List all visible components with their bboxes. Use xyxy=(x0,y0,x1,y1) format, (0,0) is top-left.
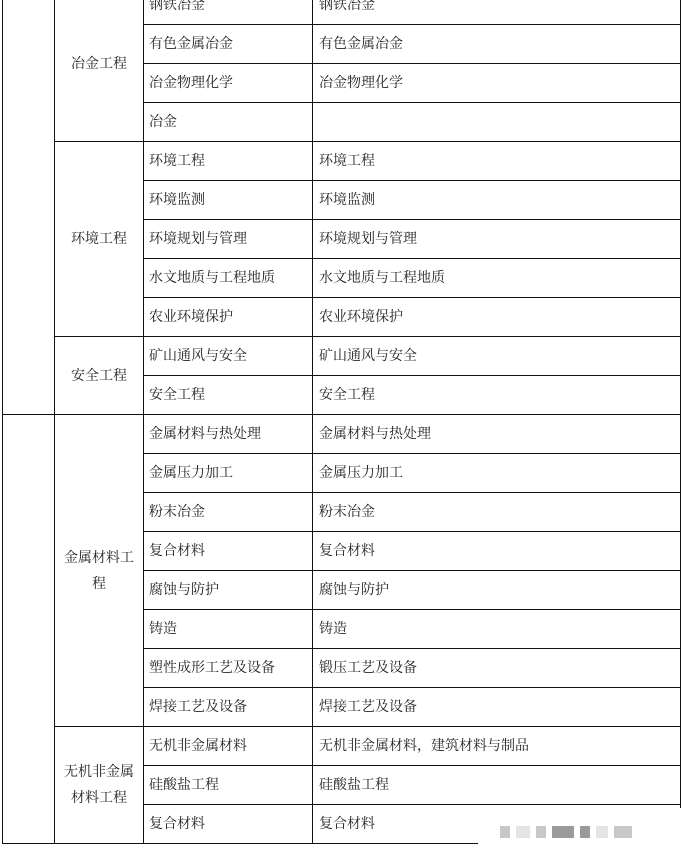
watermark-overlay xyxy=(478,808,681,856)
former-major-cell: 环境工程 xyxy=(313,142,681,181)
category-cell: 无机非金属材料工程 xyxy=(55,727,144,844)
former-major-cell: 冶金物理化学 xyxy=(313,64,681,103)
former-major-cell xyxy=(313,103,681,142)
category-cell: 冶金工程 xyxy=(55,0,144,142)
table-row: 冶金工程 钢铁冶金 钢铁冶金 xyxy=(3,0,681,25)
former-major-cell: 锻压工艺及设备 xyxy=(313,649,681,688)
majors-table-container: 冶金工程 钢铁冶金 钢铁冶金 有色金属冶金 有色金属冶金 冶金物理化学 冶金物理… xyxy=(0,0,681,844)
former-major-cell: 金属材料与热处理 xyxy=(313,415,681,454)
former-major-cell: 粉末冶金 xyxy=(313,493,681,532)
former-major-cell: 水文地质与工程地质 xyxy=(313,259,681,298)
watermark-block xyxy=(516,826,530,838)
former-major-cell: 铸造 xyxy=(313,610,681,649)
major-cell: 复合材料 xyxy=(144,805,313,844)
category-cell: 金属材料工程 xyxy=(55,415,144,727)
former-major-cell: 矿山通风与安全 xyxy=(313,337,681,376)
major-cell: 冶金 xyxy=(144,103,313,142)
major-cell: 金属材料与热处理 xyxy=(144,415,313,454)
former-major-cell: 复合材料 xyxy=(313,532,681,571)
former-major-cell: 钢铁冶金 xyxy=(313,0,681,25)
major-cell: 环境工程 xyxy=(144,142,313,181)
former-major-cell: 金属压力加工 xyxy=(313,454,681,493)
table-row: 金属材料工程 金属材料与热处理 金属材料与热处理 xyxy=(3,415,681,454)
watermark-block xyxy=(580,826,590,838)
major-cell: 腐蚀与防护 xyxy=(144,571,313,610)
table-row: 无机非金属材料工程 无机非金属材料 无机非金属材料，建筑材料与制品 xyxy=(3,727,681,766)
major-cell: 铸造 xyxy=(144,610,313,649)
former-major-cell: 焊接工艺及设备 xyxy=(313,688,681,727)
former-major-cell: 安全工程 xyxy=(313,376,681,415)
former-major-cell: 环境规划与管理 xyxy=(313,220,681,259)
majors-table-body: 冶金工程 钢铁冶金 钢铁冶金 有色金属冶金 有色金属冶金 冶金物理化学 冶金物理… xyxy=(3,0,681,844)
former-major-cell: 环境监测 xyxy=(313,181,681,220)
major-cell: 塑性成形工艺及设备 xyxy=(144,649,313,688)
category-label: 安全工程 xyxy=(59,363,139,389)
watermark-block xyxy=(536,826,546,838)
major-cell: 矿山通风与安全 xyxy=(144,337,313,376)
category-label: 环境工程 xyxy=(59,226,139,252)
major-cell: 有色金属冶金 xyxy=(144,25,313,64)
major-cell: 焊接工艺及设备 xyxy=(144,688,313,727)
major-cell: 环境规划与管理 xyxy=(144,220,313,259)
former-major-cell: 腐蚀与防护 xyxy=(313,571,681,610)
group-cell xyxy=(3,415,55,844)
former-major-cell: 无机非金属材料，建筑材料与制品 xyxy=(313,727,681,766)
major-cell: 农业环境保护 xyxy=(144,298,313,337)
majors-table: 冶金工程 钢铁冶金 钢铁冶金 有色金属冶金 有色金属冶金 冶金物理化学 冶金物理… xyxy=(2,0,681,844)
table-row: 安全工程 矿山通风与安全 矿山通风与安全 xyxy=(3,337,681,376)
major-cell: 钢铁冶金 xyxy=(144,0,313,25)
watermark-block xyxy=(552,826,574,838)
category-cell: 环境工程 xyxy=(55,142,144,337)
major-cell: 无机非金属材料 xyxy=(144,727,313,766)
major-cell: 冶金物理化学 xyxy=(144,64,313,103)
major-cell: 金属压力加工 xyxy=(144,454,313,493)
major-cell: 环境监测 xyxy=(144,181,313,220)
major-cell: 安全工程 xyxy=(144,376,313,415)
former-major-cell: 农业环境保护 xyxy=(313,298,681,337)
major-cell: 粉末冶金 xyxy=(144,493,313,532)
category-label: 冶金工程 xyxy=(59,51,139,77)
category-label: 无机非金属材料工程 xyxy=(59,759,139,811)
watermark-block xyxy=(500,826,510,838)
major-cell: 硅酸盐工程 xyxy=(144,766,313,805)
watermark-block xyxy=(614,826,632,838)
major-cell: 复合材料 xyxy=(144,532,313,571)
major-cell: 水文地质与工程地质 xyxy=(144,259,313,298)
table-row: 环境工程 环境工程 环境工程 xyxy=(3,142,681,181)
former-major-cell: 硅酸盐工程 xyxy=(313,766,681,805)
former-major-cell: 有色金属冶金 xyxy=(313,25,681,64)
category-label: 金属材料工程 xyxy=(59,545,139,597)
group-cell xyxy=(3,0,55,415)
watermark-block xyxy=(596,826,608,838)
category-cell: 安全工程 xyxy=(55,337,144,415)
